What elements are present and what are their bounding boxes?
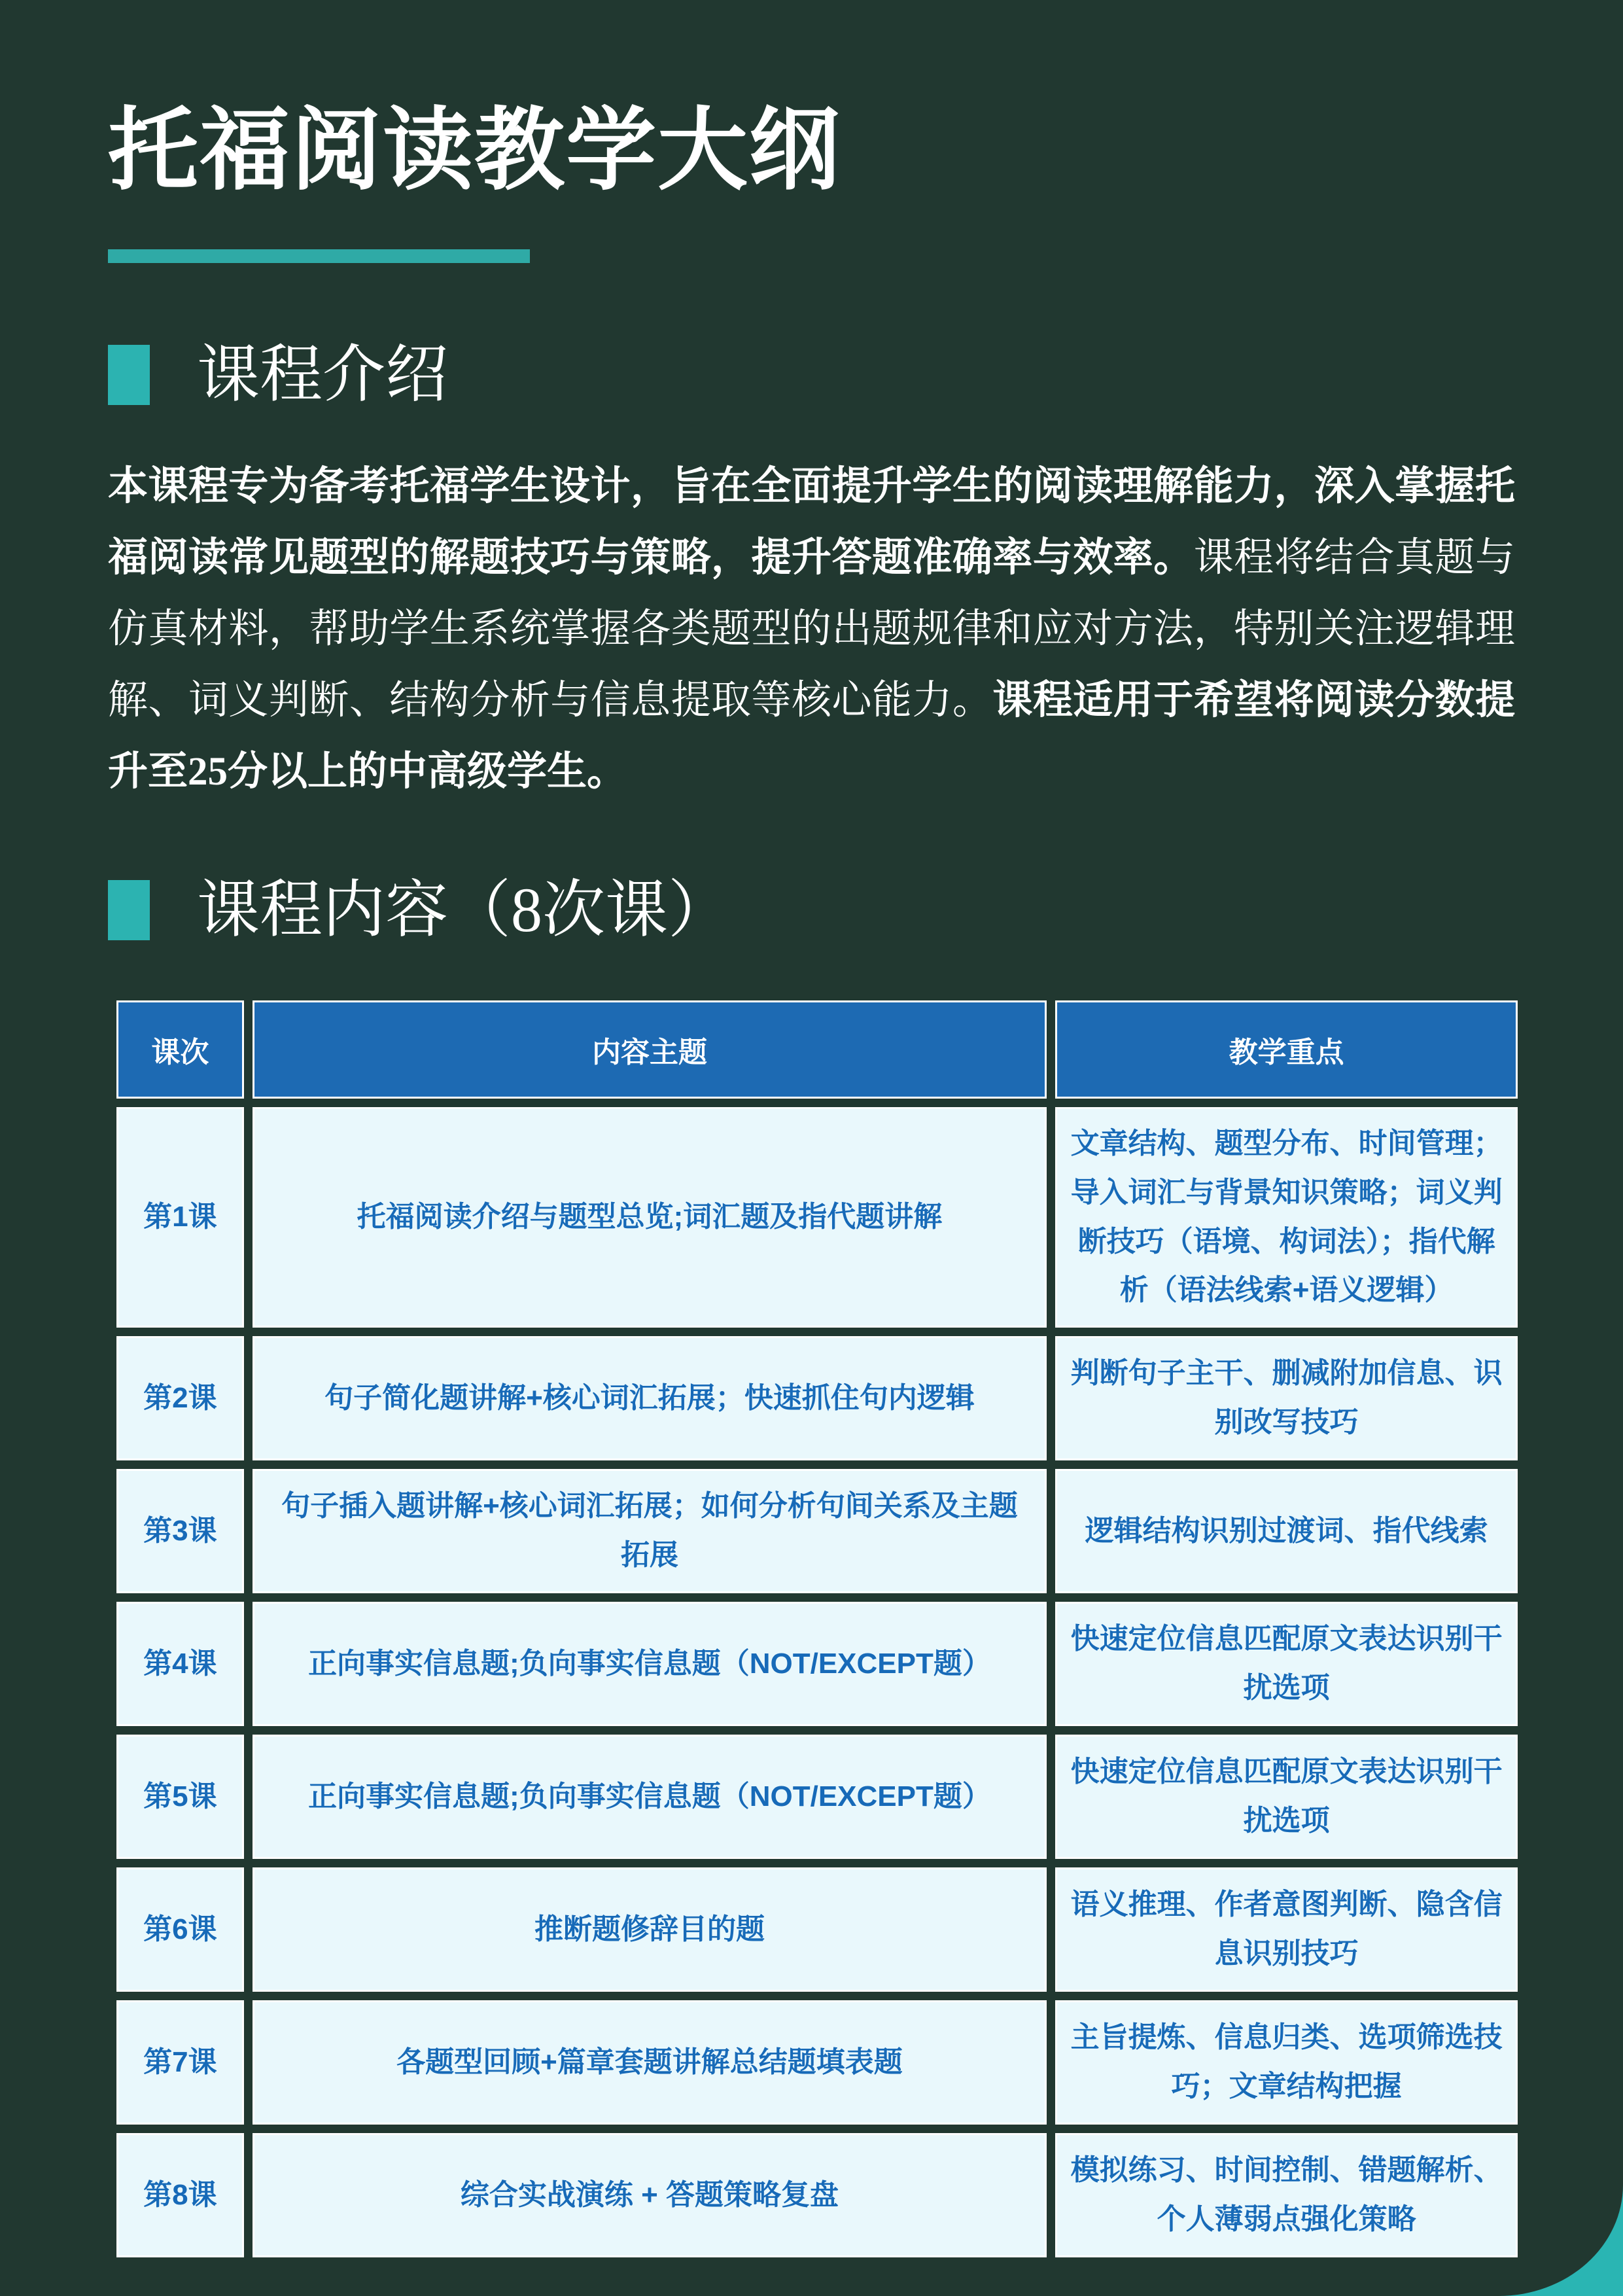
cell-topic: 托福阅读介绍与题型总览;词汇题及指代题讲解 — [253, 1107, 1047, 1328]
cell-topic: 正向事实信息题;负向事实信息题（NOT/EXCEPT题） — [253, 1735, 1047, 1859]
cell-topic: 综合实战演练 + 答题策略复盘 — [253, 2133, 1047, 2257]
cell-lesson: 第7课 — [116, 2000, 244, 2125]
table-row: 第7课 各题型回顾+篇章套题讲解总结题填表题 主旨提炼、信息归类、选项筛选技巧；… — [116, 2000, 1518, 2125]
table-row: 第4课 正向事实信息题;负向事实信息题（NOT/EXCEPT题） 快速定位信息匹… — [116, 1602, 1518, 1726]
cell-topic: 句子插入题讲解+核心词汇拓展；如何分析句间关系及主题拓展 — [253, 1469, 1047, 1593]
intro-heading-text: 课程介绍 — [197, 340, 448, 410]
content-heading-text: 课程内容（8次课） — [197, 875, 731, 945]
cell-focus: 主旨提炼、信息归类、选项筛选技巧；文章结构把握 — [1055, 2000, 1518, 2125]
cell-topic: 各题型回顾+篇章套题讲解总结题填表题 — [253, 2000, 1047, 2125]
cell-topic: 句子简化题讲解+核心词汇拓展；快速抓住句内逻辑 — [253, 1336, 1047, 1460]
cell-lesson: 第4课 — [116, 1602, 244, 1726]
cell-lesson: 第6课 — [116, 1867, 244, 1992]
cell-focus: 逻辑结构识别过渡词、指代线索 — [1055, 1469, 1518, 1593]
cell-focus: 快速定位信息匹配原文表达识别干扰选项 — [1055, 1602, 1518, 1726]
cell-lesson: 第5课 — [116, 1735, 244, 1859]
table-row: 第5课 正向事实信息题;负向事实信息题（NOT/EXCEPT题） 快速定位信息匹… — [116, 1735, 1518, 1859]
cell-topic: 推断题修辞目的题 — [253, 1867, 1047, 1992]
table-header-focus: 教学重点 — [1055, 1000, 1518, 1099]
cell-lesson: 第3课 — [116, 1469, 244, 1593]
page-title: 托福阅读教学大纲 — [108, 103, 1515, 198]
table-row: 第3课 句子插入题讲解+核心词汇拓展；如何分析句间关系及主题拓展 逻辑结构识别过… — [116, 1469, 1518, 1593]
title-underline — [108, 249, 530, 263]
table-row: 第1课 托福阅读介绍与题型总览;词汇题及指代题讲解 文章结构、题型分布、时间管理… — [116, 1107, 1518, 1328]
course-table: 课次 内容主题 教学重点 第1课 托福阅读介绍与题型总览;词汇题及指代题讲解 文… — [108, 992, 1526, 2266]
cell-focus: 快速定位信息匹配原文表达识别干扰选项 — [1055, 1735, 1518, 1859]
teal-square-marker — [108, 880, 150, 940]
table-header-lesson: 课次 — [116, 1000, 244, 1099]
table-row: 第8课 综合实战演练 + 答题策略复盘 模拟练习、时间控制、错题解析、个人薄弱点… — [116, 2133, 1518, 2257]
cell-lesson: 第2课 — [116, 1336, 244, 1460]
teal-square-marker — [108, 345, 150, 405]
cell-topic: 正向事实信息题;负向事实信息题（NOT/EXCEPT题） — [253, 1602, 1047, 1726]
intro-paragraph: 本课程专为备考托福学生设计，旨在全面提升学生的阅读理解能力，深入掌握托福阅读常见… — [108, 451, 1515, 807]
table-row: 第6课 推断题修辞目的题 语义推理、作者意图判断、隐含信息识别技巧 — [116, 1867, 1518, 1992]
table-row: 第2课 句子简化题讲解+核心词汇拓展；快速抓住句内逻辑 判断句子主干、删减附加信… — [116, 1336, 1518, 1460]
cell-focus: 文章结构、题型分布、时间管理；导入词汇与背景知识策略；词义判断技巧（语境、构词法… — [1055, 1107, 1518, 1328]
cell-focus: 判断句子主干、删减附加信息、识别改写技巧 — [1055, 1336, 1518, 1460]
cell-focus: 模拟练习、时间控制、错题解析、个人薄弱点强化策略 — [1055, 2133, 1518, 2257]
cell-focus: 语义推理、作者意图判断、隐含信息识别技巧 — [1055, 1867, 1518, 1992]
page-content: 托福阅读教学大纲 课程介绍 本课程专为备考托福学生设计，旨在全面提升学生的阅读理… — [0, 0, 1623, 2266]
table-header-row: 课次 内容主题 教学重点 — [116, 1000, 1518, 1099]
table-header-topic: 内容主题 — [253, 1000, 1047, 1099]
section-heading-intro: 课程介绍 — [108, 340, 1515, 410]
cell-lesson: 第8课 — [116, 2133, 244, 2257]
cell-lesson: 第1课 — [116, 1107, 244, 1328]
section-heading-content: 课程内容（8次课） — [108, 875, 1515, 945]
